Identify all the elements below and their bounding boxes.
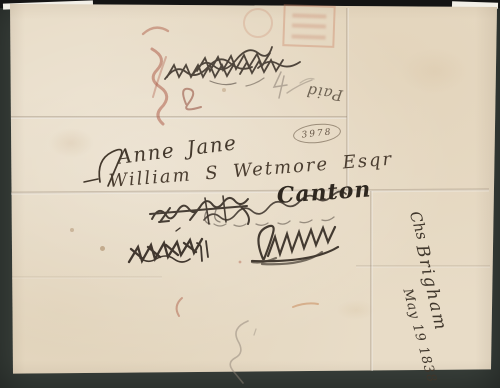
photo-background: Anne Jane William S Wetmore Esqr Canton …: [0, 0, 500, 388]
oval-number-stamp-value: 3978: [301, 127, 333, 140]
postmark-illegible-line: [293, 13, 327, 18]
postmark-illegible-line: [292, 34, 326, 39]
postmark-illegible-line: [292, 23, 326, 28]
boxed-postmark-stamp: [282, 4, 335, 48]
